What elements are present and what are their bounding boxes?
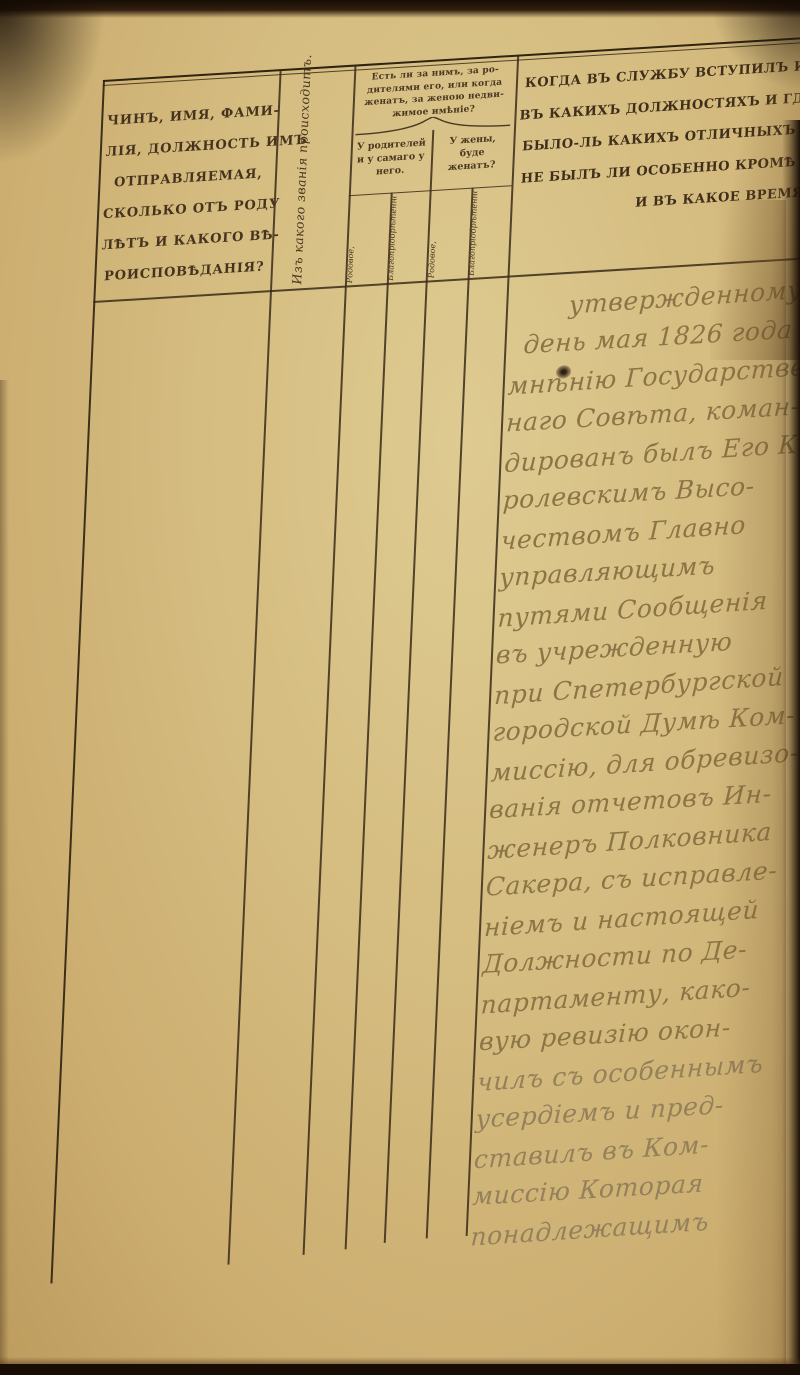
photo-edge-bottom [0, 1364, 800, 1375]
property-subcolumn-label: Благопріобрѣтенное. [467, 189, 511, 276]
photo-edge-right [782, 120, 800, 1375]
header-rank-column: ЧИНЪ, ИМЯ, ФАМИ-ЛІЯ, ДОЛЖНОСТЬ ИМЪОТПРАВ… [100, 95, 276, 292]
table-left-border [50, 80, 105, 1284]
header-property-wife: У жены,будеженатъ? [430, 131, 514, 175]
service-record-table: ЧИНЪ, ИМЯ, ФАМИ-ЛІЯ, ДОЛЖНОСТЬ ИМЪОТПРАВ… [50, 35, 800, 1301]
header-estate-column: Изъ какого званія происходитъ. [289, 74, 338, 285]
photo-edge-left [0, 380, 9, 1375]
property-inner-divider-3 [426, 188, 473, 1239]
property-subcolumn-label: Родовое, [426, 192, 470, 279]
property-inner-divider-1 [345, 193, 393, 1250]
header-property-sublabels: Родовое,Благопріобрѣтенное.Родовое,Благо… [345, 189, 511, 283]
header-property-parents: У родителейи у самаго унего. [349, 136, 432, 180]
property-subcolumn-label: Благопріобрѣтенное. [386, 194, 430, 281]
property-subcolumn-label: Родовое, [345, 197, 389, 284]
property-inner-divider-2 [384, 130, 434, 1243]
photo-background: ЧИНЪ, ИМЯ, ФАМИ-ЛІЯ, ДОЛЖНОСТЬ ИМЪОТПРАВ… [0, 0, 800, 1375]
photo-edge-top [0, 0, 800, 18]
photo-corner-top-right [710, 0, 800, 90]
photo-corner-top-left [0, 0, 110, 170]
right-fold-shadow [716, 200, 786, 1375]
